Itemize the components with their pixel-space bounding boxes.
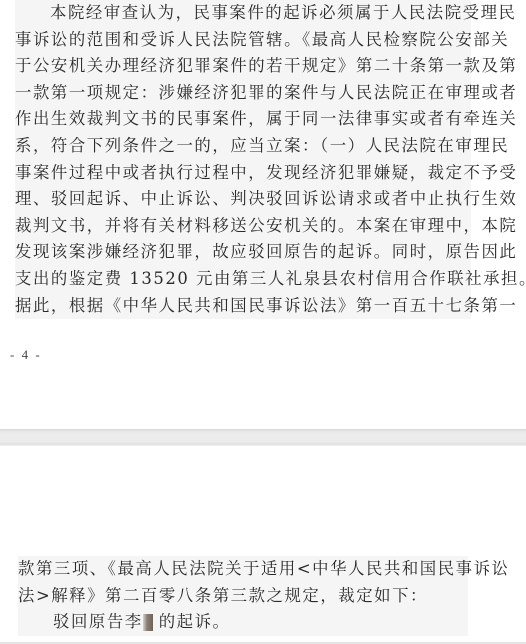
paragraph-line: 事诉讼的范围和受诉人民法院管辖。《最高人民检察院公安部关	[15, 27, 471, 54]
paragraph-line: 裁判文书，并将有关材料移送公安机关的。本案在审理中，本院	[15, 213, 471, 240]
paragraph-line: 于公安机关办理经济犯罪案件的若干规定》第二十条第一款及第	[15, 53, 471, 80]
document-page-5: 款第三项、《最高人民法院关于适用<中华人民共和国民事诉讼 法>解释》第二百零八条…	[0, 446, 526, 644]
page-break-separator	[0, 429, 526, 446]
body-text-block: 本院经审查认为，民事案件的起诉必须属于人民法院受理民 事诉讼的范围和受诉人民法院…	[15, 0, 471, 319]
ruling-suffix: 的起诉。	[159, 612, 231, 631]
ruling-prefix: 驳回原告李	[53, 612, 143, 631]
body-text-block: 款第三项、《最高人民法院关于适用<中华人民共和国民事诉讼 法>解释》第二百零八条…	[18, 556, 468, 636]
redaction-block	[143, 614, 153, 631]
paragraph-line: 理、驳回起诉、中止诉讼、判决驳回诉讼请求或者中止执行生效	[15, 186, 471, 213]
paragraph-line: 款第三项、《最高人民法院关于适用<中华人民共和国民事诉讼	[18, 556, 468, 583]
paragraph-line: 作出生效裁判文书的民事案件，属于同一法律事实或者有牵连关	[15, 106, 471, 133]
paragraph-line: 支出的鉴定费 13520 元由第三人礼泉县农村信用合作联社承担。	[15, 266, 471, 293]
paragraph-line: 法>解释》第二百零八条第三款之规定，裁定如下：	[18, 583, 468, 610]
paragraph-line: 据此，根据《中华人民共和国民事诉讼法》第一百五十七条第一	[15, 293, 471, 320]
paragraph-line: 本院经审查认为，民事案件的起诉必须属于人民法院受理民	[15, 0, 471, 27]
paragraph-line: 系，符合下列条件之一的，应当立案：（一）人民法院在审理民	[15, 133, 471, 160]
paragraph-line: 发现该案涉嫌经济犯罪，故应驳回原告的起诉。同时，原告因此	[15, 239, 471, 266]
paragraph-line: 一款第一项规定：涉嫌经济犯罪的案件与人民法院正在审理或者	[15, 80, 471, 107]
ruling-line: 驳回原告李的起诉。	[18, 609, 468, 636]
page-number: - 4 -	[10, 347, 42, 363]
document-page-4: 本院经审查认为，民事案件的起诉必须属于人民法院受理民 事诉讼的范围和受诉人民法院…	[0, 0, 526, 429]
paragraph-line: 事案件过程中或者执行过程中，发现经济犯罪嫌疑，裁定不予受	[15, 160, 471, 187]
